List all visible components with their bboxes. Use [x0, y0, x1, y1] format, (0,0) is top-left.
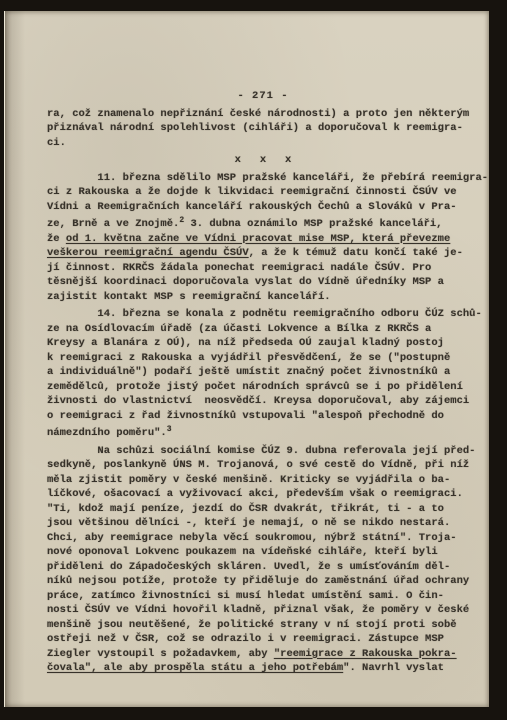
text-run: měla zjistit poměry v české menšině. Kri… [47, 474, 450, 486]
text-run: Na schůzi sociální komise ČÚZ 9. dubna r… [47, 445, 475, 457]
text-line: že od 1. května začne ve Vídni pracovat … [47, 232, 479, 247]
text-run: námezdního poměru". [47, 427, 167, 439]
paragraph: 14. března se konala z podnětu reemigrač… [47, 307, 479, 441]
text-run: 11. března sdělilo MSP pražské kanceláři… [47, 172, 488, 184]
text-run: Ziegler vystoupil s požadavkem, aby [47, 648, 274, 660]
text-run: sedkyně, poslankyně ÚNS M. Trojanová, o … [47, 459, 469, 471]
text-run: ze, Brně a ve Znojmě. [47, 218, 179, 230]
text-line: námezdního poměru".3 [47, 423, 479, 441]
text-line: líčkové, ošacovací a vyživovací akci, př… [47, 487, 479, 502]
footnote-marker: 3 [167, 425, 172, 434]
text-run: že [47, 233, 66, 245]
paragraph: ra, což znamenalo nepřiznání české národ… [47, 107, 479, 151]
text-run: níků nejsou potíže, protože ty přiděluje… [47, 575, 469, 587]
text-run: ze na Osídlovacím úřadě (za účasti Lokve… [47, 323, 431, 335]
text-run: veškerou reemigrační agendu ČSÚV [47, 247, 249, 259]
text-line: nové oponoval Lokvenc poukazem na vídeňs… [47, 545, 479, 560]
text-run: zemědělců, protože jistý počet národních… [47, 381, 463, 393]
text-line: zemědělců, protože jistý počet národních… [47, 380, 479, 395]
text-line: Chci, aby reemigrace nebyla věcí soukrom… [47, 531, 479, 546]
text-line: x x x [47, 153, 479, 168]
paragraph: 11. března sdělilo MSP pražské kanceláři… [47, 171, 479, 305]
text-line: čovala", ale aby prospěla státu a jeho p… [47, 661, 479, 676]
text-run: Kreysy a Blanára z OÚ), na níž předseda … [47, 337, 444, 349]
text-line: jsou většinou dělníci -, kteří je nemají… [47, 516, 479, 531]
text-line: 14. března se konala z podnětu reemigrač… [47, 307, 479, 322]
section-separator: x x x [47, 153, 479, 168]
text-line: ze na Osídlovacím úřadě (za účasti Lokve… [47, 322, 479, 337]
text-line: ci. [47, 136, 479, 151]
text-run: nové oponoval Lokvenc poukazem na vídeňs… [47, 546, 438, 558]
text-line: ci z Rakouska a že dojde k likvidaci ree… [47, 185, 479, 200]
text-run: nosti ČSÚV ve Vídni hovořil kladně, přiz… [47, 604, 469, 616]
text-run: ostřeji než v ČSR, což se odrazilo i v r… [47, 633, 444, 645]
text-run: zajistit kontakt MSP s reemigrační kance… [47, 291, 331, 303]
text-line: zajistit kontakt MSP s reemigrační kance… [47, 290, 479, 305]
text-line: přiznával národní spolehlivost (cihláři)… [47, 121, 479, 136]
text-run: 14. března se konala z podnětu reemigrač… [47, 308, 482, 320]
text-run: o reemigraci z řad živnostníků vstupoval… [47, 410, 444, 422]
text-run: živnosti do vlastnictví neosvědčí. Kreys… [47, 395, 469, 407]
text-line: ostřeji než v ČSR, což se odrazilo i v r… [47, 632, 479, 647]
text-run: x x x [235, 154, 292, 166]
book-page: - 271 - ra, což znamenalo nepřiznání čes… [4, 11, 489, 707]
text-line: nosti ČSÚV ve Vídni hovořil kladně, přiz… [47, 603, 479, 618]
text-line: 11. března sdělilo MSP pražské kanceláři… [47, 171, 479, 186]
text-line: "Ti, kdož mají peníze, jezdí do ČSR dvak… [47, 502, 479, 517]
text-run: ". Navrhl vyslat [343, 662, 444, 674]
text-run: jí činnost. RKRČS žádala ponechat reemig… [47, 262, 431, 274]
page-text: ra, což znamenalo nepřiznání české národ… [47, 107, 479, 676]
text-line: veškerou reemigrační agendu ČSÚV, a že k… [47, 246, 479, 261]
text-run: "reemigrace z Rakouska pokra- [274, 648, 457, 660]
text-run: přiznával národní spolehlivost (cihláři)… [47, 122, 463, 134]
text-run: menšině jsou neutěšené, že politické str… [47, 619, 457, 631]
text-run: ci. [47, 137, 66, 149]
text-line: práce, zatímco živnostníci si musí hleda… [47, 589, 479, 604]
text-run: Chci, aby reemigrace nebyla věcí soukrom… [47, 532, 457, 544]
page-number: - 271 - [47, 89, 479, 104]
text-run: a individuálně") podaří ještě umístit zn… [47, 366, 450, 378]
text-line: Na schůzi sociální komise ČÚZ 9. dubna r… [47, 444, 479, 459]
text-line: níků nejsou potíže, protože ty přiděluje… [47, 574, 479, 589]
text-run: "Ti, kdož mají peníze, jezdí do ČSR dvak… [47, 503, 444, 515]
text-line: měla zjistit poměry v české menšině. Kri… [47, 473, 479, 488]
text-line: Ziegler vystoupil s požadavkem, aby "ree… [47, 647, 479, 662]
text-line: Vídni a Reemigračních kanceláří rakouský… [47, 200, 479, 215]
text-line: živnosti do vlastnictví neosvědčí. Kreys… [47, 394, 479, 409]
text-run: líčkové, ošacovací a vyživovací akci, př… [47, 488, 463, 500]
text-run: 3. dubna oznámilo MSP pražské kanceláři, [184, 218, 442, 230]
scanned-page-photo: - 271 - ra, což znamenalo nepřiznání čes… [0, 0, 507, 720]
text-run: k reemigraci z Rakouska a vyjádřil přesv… [47, 352, 450, 364]
text-line: a individuálně") podaří ještě umístit zn… [47, 365, 479, 380]
text-run: práce, zatímco živnostníci si musí hleda… [47, 590, 444, 602]
text-run: čovala", ale aby prospěla státu a jeho p… [47, 662, 343, 674]
page-body: - 271 - ra, což znamenalo nepřiznání čes… [47, 89, 479, 679]
text-run: jsou většinou dělníci -, kteří je nemají… [47, 517, 450, 529]
text-run: ra, což znamenalo nepřiznání české národ… [47, 108, 469, 120]
text-line: o reemigraci z řad živnostníků vstupoval… [47, 409, 479, 424]
text-line: k reemigraci z Rakouska a vyjádřil přesv… [47, 351, 479, 366]
paragraph: Na schůzi sociální komise ČÚZ 9. dubna r… [47, 444, 479, 676]
text-line: přiděleni do Západočeských skláren. Uved… [47, 560, 479, 575]
text-run: přiděleni do Západočeských skláren. Uved… [47, 561, 450, 573]
text-line: těsnější koordinaci doporučovala vyslat … [47, 275, 479, 290]
text-run: , a že k témuž datu končí také je- [249, 247, 463, 259]
text-line: sedkyně, poslankyně ÚNS M. Trojanová, o … [47, 458, 479, 473]
text-run: ci z Rakouska a že dojde k likvidaci ree… [47, 186, 457, 198]
text-line: ra, což znamenalo nepřiznání české národ… [47, 107, 479, 122]
text-line: Kreysy a Blanára z OÚ), na níž předseda … [47, 336, 479, 351]
text-run: Vídni a Reemigračních kanceláří rakouský… [47, 201, 457, 213]
text-run: těsnější koordinaci doporučovala vyslat … [47, 276, 444, 288]
text-line: menšině jsou neutěšené, že politické str… [47, 618, 479, 633]
text-line: ze, Brně a ve Znojmě.2 3. dubna oznámilo… [47, 214, 479, 232]
text-line: jí činnost. RKRČS žádala ponechat reemig… [47, 261, 479, 276]
text-run: od 1. května začne ve Vídni pracovat mis… [66, 233, 450, 245]
